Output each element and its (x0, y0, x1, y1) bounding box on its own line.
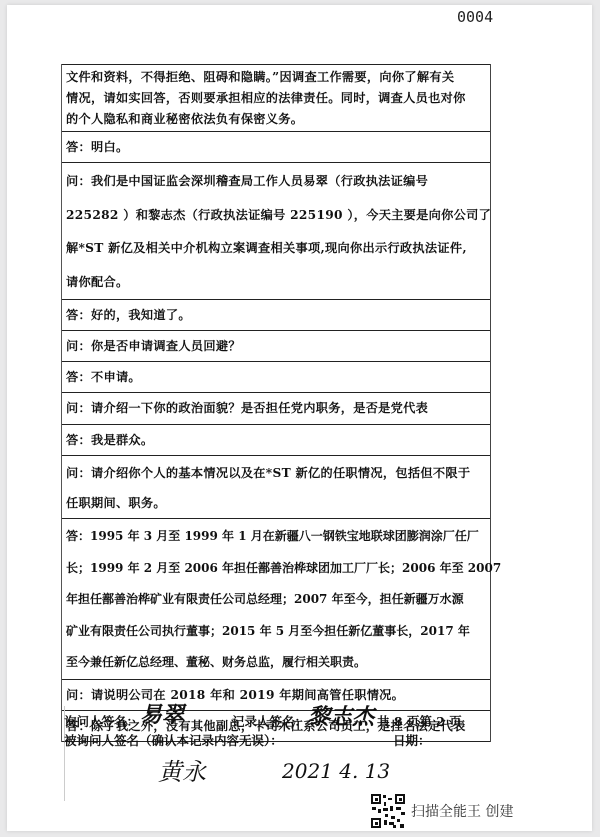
record-row-continuation: 文件和资料，不得拒绝、阻碍和隐瞒。”因调查工作需要，向你了解有关 情况，请如实回… (62, 64, 490, 131)
page-count: 共 8 页第 2 页 (377, 712, 462, 730)
record-line: 问：请说明公司在 2018 年和 2019 年期间高管任职情况。 (66, 680, 486, 710)
interviewee-signature: 黄永 (158, 752, 206, 787)
record-row-question: 问：请介绍你个人的基本情况以及在*ST 新亿的任职情况，包括但不限于 任职期间、… (62, 455, 490, 518)
interviewer-signature: 易翠 (140, 698, 184, 729)
record-row-answer: 答：好的，我知道了。 (62, 299, 490, 330)
record-row-question: 问：请说明公司在 2018 年和 2019 年期间高管任职情况。 (62, 679, 490, 710)
record-line: 问：你是否申请调查人员回避？ (66, 331, 486, 361)
record-row-answer: 答：1995 年 3 月至 1999 年 1 月在新疆八一钢铁宝地联球团膨润涂厂… (62, 518, 490, 679)
record-line: 至今兼任新亿总经理、董秘、财务总监，履行相关职责。 (66, 647, 486, 679)
record-row-question: 问：请介绍一下你的政治面貌？是否担任党内职务，是否是党代表 (62, 392, 490, 424)
record-line: 问：请介绍一下你的政治面貌？是否担任党内职务，是否是党代表 (66, 393, 486, 424)
record-line: 答：1995 年 3 月至 1999 年 1 月在新疆八一钢铁宝地联球团膨润涂厂… (66, 521, 486, 553)
record-line: 答：我是群众。 (66, 425, 486, 455)
handwritten-date: 2021 4. 13 (282, 759, 390, 783)
record-line: 文件和资料，不得拒绝、阻碍和隐瞒。”因调查工作需要，向你了解有关 (66, 67, 486, 88)
record-line: 答：好的，我知道了。 (66, 300, 486, 330)
record-line: 的个人隐私和商业秘密依法负有保密义务。 (66, 109, 486, 130)
record-line: 225282 ）和黎志杰（行政执法证编号 225190 ），今天主要是向你公司了 (66, 199, 486, 233)
qr-code-icon (371, 794, 405, 828)
page-number: 0004 (457, 8, 493, 26)
recorder-signature: 黎志杰 (308, 700, 374, 731)
record-row-answer: 答：不申请。 (62, 361, 490, 392)
record-line: 任职期间、职务。 (66, 488, 486, 518)
record-row-answer: 答：我是群众。 (62, 424, 490, 455)
record-row-answer: 答：明白。 (62, 131, 490, 162)
record-line: 年担任鄯善治桦矿业有限责任公司总经理；2007 年至今，担任新疆万水源 (66, 584, 486, 616)
record-line: 解*ST 新亿及相关中介机构立案调查相关事项,现向你出示行政执法证件, (66, 232, 486, 266)
record-line: 请你配合。 (66, 266, 486, 300)
scanner-watermark: 扫描全能王 创建 (371, 794, 513, 828)
record-row-question: 问：你是否申请调查人员回避？ (62, 330, 490, 361)
date-label: 日期： (393, 731, 431, 749)
record-line: 答：不申请。 (66, 362, 486, 392)
interviewee-signature-label: 被询问人签名（确认本记录内容无误）： (64, 731, 283, 749)
record-line: 情况，请如实回答，否则要承担相应的法律责任。同时，调查人员也对你 (66, 88, 486, 109)
watermark-text: 扫描全能王 创建 (411, 801, 513, 821)
record-line: 答：明白。 (66, 132, 486, 162)
record-row-question: 问：我们是中国证监会深圳稽查局工作人员易翠（行政执法证编号 225282 ）和黎… (62, 162, 490, 299)
record-line: 问：请介绍你个人的基本情况以及在*ST 新亿的任职情况，包括但不限于 (66, 458, 486, 488)
record-line: 问：我们是中国证监会深圳稽查局工作人员易翠（行政执法证编号 (66, 165, 486, 199)
record-line: 矿业有限责任公司执行董事；2015 年 5 月至今担任新亿董事长，2017 年 (66, 616, 486, 648)
interrogation-record-table: 文件和资料，不得拒绝、阻碍和隐瞒。”因调查工作需要，向你了解有关 情况，请如实回… (61, 64, 491, 742)
recorder-signature-label: 记录人签名： (232, 712, 307, 730)
interviewer-signature-label: 询问人签名： (64, 712, 139, 730)
record-line: 长；1999 年 2 月至 2006 年担任鄯善治桦球团加工厂厂长；2006 年… (66, 553, 486, 585)
